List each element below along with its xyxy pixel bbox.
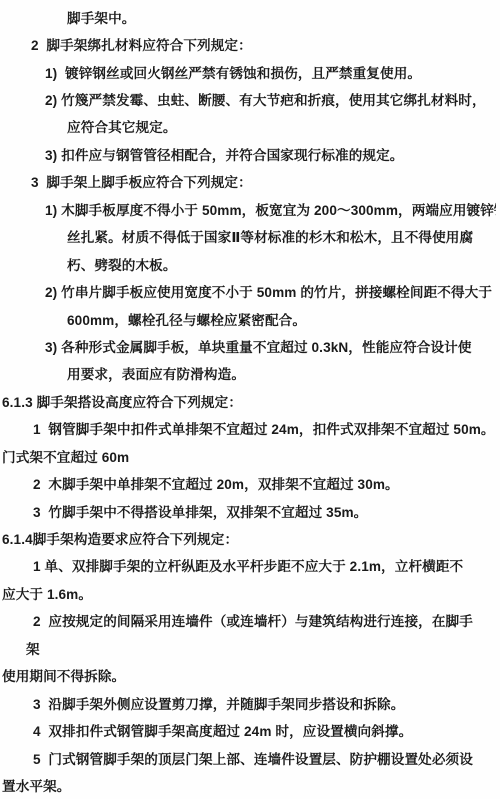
continuation-line: 应大于 1.6m。: [0, 579, 496, 606]
continuation-line: 使用期间不得拆除。: [0, 662, 496, 689]
sub-item-1: 1) 镀锌钢丝或回火钢丝严禁有锈蚀和损伤，且严禁重复使用。: [0, 58, 496, 85]
item-5-horizontal-frames: 5 门式钢管脚手架的顶层门架上部、连墙件设置层、防护棚设置处必须设: [0, 744, 496, 771]
item-3-bamboo-height: 3 竹脚手架中不得搭设单排架，双排架不宜超过 35m。: [0, 497, 496, 524]
continuation-line: 朽、劈裂的木板。: [0, 250, 496, 277]
list-item-2-binding: 2 脚手架绑扎材料应符合下列规定：: [0, 30, 496, 57]
item-3-cross-bracing: 3 沿脚手架外侧应设置剪刀撑，并随脚手架同步搭设和拆除。: [0, 689, 496, 716]
item-1-pole-spacing: 1 单、双排脚手架的立杆纵距及水平杆步距不应大于 2.1m，立杆横距不: [0, 552, 496, 579]
wrapped-character-line: 架: [0, 634, 496, 661]
list-item-3-planks: 3 脚手架上脚手板应符合下列规定：: [0, 168, 496, 195]
continuation-line: 置水平架。: [0, 771, 496, 798]
sub-item-3: 3) 扣件应与钢管管径相配合，并符合国家现行标准的规定。: [0, 140, 496, 167]
sub-item-2: 2) 竹篾严禁发霉、虫蛀、断腰、有大节疤和折痕，使用其它绑扎材料时，: [0, 85, 496, 112]
item-1-steel-tube-height: 1 钢管脚手架中扣件式单排架不宜超过 24m，扣件式双排架不宜超过 50m。: [0, 415, 496, 442]
sub-item-3-metal-plank: 3) 各种形式金属脚手板，单块重量不宜超过 0.3kN，性能应符合设计使: [0, 332, 496, 359]
sub-item-1-wood-plank: 1) 木脚手板厚度不得小于 50mm，板宽宜为 200～300mm，两端应用镀锌…: [0, 195, 496, 222]
sub-item-2-bamboo-plank: 2) 竹串片脚手板应使用宽度不小于 50mm 的竹片，拼接螺栓间距不得大于: [0, 277, 496, 304]
continuation-line: 门式架不宜超过 60m: [0, 442, 496, 469]
section-heading-6-1-4: 6.1.4脚手架构造要求应符合下列规定：: [0, 524, 496, 551]
continuation-line: 丝扎紧。材质不得低于国家Ⅱ等材标准的杉木和松木，且不得使用腐: [0, 223, 496, 250]
item-2-wood-height: 2 木脚手架中单排架不宜超过 20m，双排架不宜超过 30m。: [0, 469, 496, 496]
continuation-line: 应符合其它规定。: [0, 113, 496, 140]
item-4-diagonal-bracing: 4 双排扣件式钢管脚手架高度超过 24m 时，应设置横向斜撑。: [0, 716, 496, 743]
item-2-wall-ties: 2 应按规定的间隔采用连墙件（或连墙杆）与建筑结构进行连接，在脚手: [0, 607, 496, 634]
continuation-line: 用要求，表面应有防滑构造。: [0, 360, 496, 387]
document-page: 脚手架中。 2 脚手架绑扎材料应符合下列规定： 1) 镀锌钢丝或回火钢丝严禁有锈…: [0, 0, 500, 799]
continuation-line: 600mm，螺栓孔径与螺栓应紧密配合。: [0, 305, 496, 332]
section-heading-6-1-3: 6.1.3 脚手架搭设高度应符合下列规定：: [0, 387, 496, 414]
continuation-line: 脚手架中。: [0, 3, 496, 30]
